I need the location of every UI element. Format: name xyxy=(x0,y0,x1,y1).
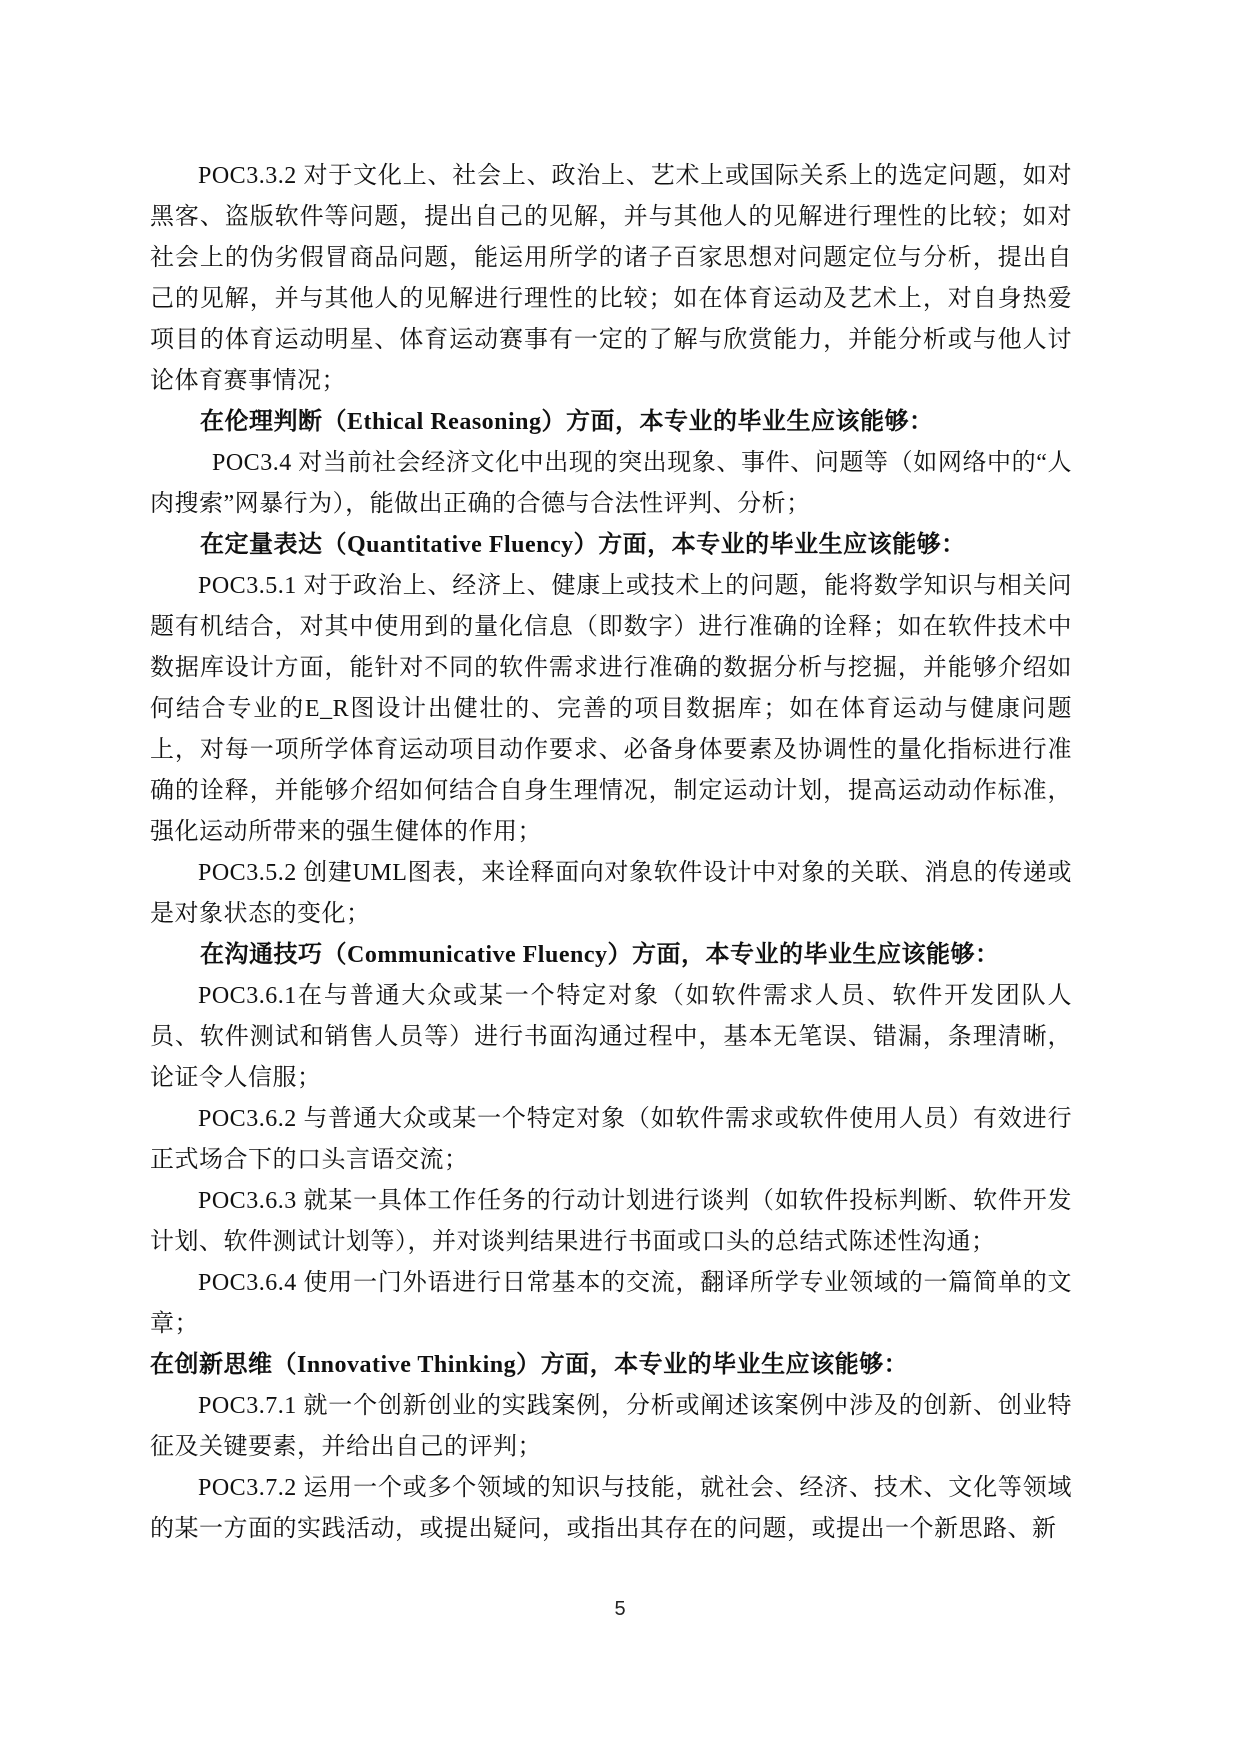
paragraph-poc3-7-2: POC3.7.2 运用一个或多个领域的知识与技能，就社会、经济、技术、文化等领域… xyxy=(150,1468,1072,1550)
heading-ethical-reasoning: 在伦理判断（Ethical Reasoning）方面，本专业的毕业生应该能够： xyxy=(150,402,1072,443)
heading-communicative-fluency: 在沟通技巧（Communicative Fluency）方面，本专业的毕业生应该… xyxy=(150,935,1072,976)
page-number: 5 xyxy=(0,1598,1240,1621)
heading-quantitative-fluency: 在定量表达（Quantitative Fluency）方面，本专业的毕业生应该能… xyxy=(150,525,1072,566)
heading-innovative-thinking: 在创新思维（Innovative Thinking）方面，本专业的毕业生应该能够… xyxy=(150,1345,1072,1386)
paragraph-poc3-6-2: POC3.6.2 与普通大众或某一个特定对象（如软件需求或软件使用人员）有效进行… xyxy=(150,1099,1072,1181)
paragraph-poc3-5-2: POC3.5.2 创建UML图表，来诠释面向对象软件设计中对象的关联、消息的传递… xyxy=(150,853,1072,935)
paragraph-poc3-6-1: POC3.6.1在与普通大众或某一个特定对象（如软件需求人员、软件开发团队人员、… xyxy=(150,976,1072,1099)
paragraph-poc3-6-3: POC3.6.3 就某一具体工作任务的行动计划进行谈判（如软件投标判断、软件开发… xyxy=(150,1181,1072,1263)
paragraph-poc3-4: POC3.4 对当前社会经济文化中出现的突出现象、事件、问题等（如网络中的“人肉… xyxy=(150,443,1072,525)
page-content: POC3.3.2 对于文化上、社会上、政治上、艺术上或国际关系上的选定问题，如对… xyxy=(150,156,1072,1550)
paragraph-poc3-7-1: POC3.7.1 就一个创新创业的实践案例，分析或阐述该案例中涉及的创新、创业特… xyxy=(150,1386,1072,1468)
document-page: POC3.3.2 对于文化上、社会上、政治上、艺术上或国际关系上的选定问题，如对… xyxy=(0,0,1240,1754)
paragraph-poc3-5-1: POC3.5.1 对于政治上、经济上、健康上或技术上的问题，能将数学知识与相关问… xyxy=(150,566,1072,853)
paragraph-poc3-6-4: POC3.6.4 使用一门外语进行日常基本的交流，翻译所学专业领域的一篇简单的文… xyxy=(150,1263,1072,1345)
paragraph-poc3-3-2: POC3.3.2 对于文化上、社会上、政治上、艺术上或国际关系上的选定问题，如对… xyxy=(150,156,1072,402)
